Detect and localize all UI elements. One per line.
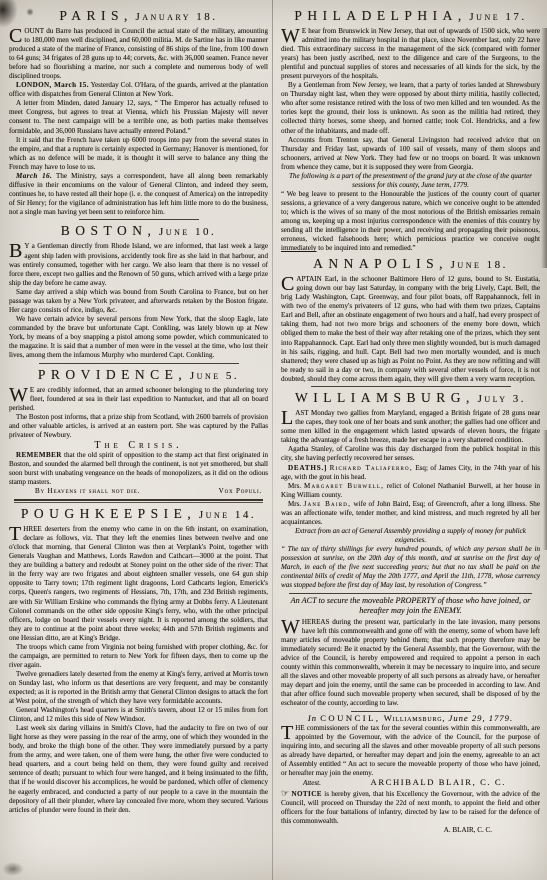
tax-quote: “ The tax of thirty shillings for every …: [281, 545, 540, 590]
dateline-city: BOSTON,: [61, 223, 157, 238]
dateline-date: June 18.: [451, 259, 508, 271]
crisis-motto: By Heavens it shall not die.: [35, 487, 140, 496]
attest-row: Attest.ARCHIBALD BLAIR, C. C.: [281, 778, 540, 788]
paragraph-text: The following is a part of the presentme…: [289, 172, 532, 189]
paragraph-text: OUNT du Barre has produced in Council th…: [9, 27, 268, 80]
death-notice: Mrs. Jane Baird, wife of John Baird, Esq…: [281, 500, 540, 527]
paragraph-text: Y a Gentleman directly from Rhode Island…: [9, 242, 268, 286]
paragraph-text: E hear from Brunswick in New Jersey, tha…: [281, 27, 540, 80]
paragraph-text: Accounts from Trenton say, that General …: [281, 136, 540, 171]
paragraph-text: APTAIN Earl, in the schooner Baltimore H…: [281, 275, 540, 383]
paragraph-text: HREE deserters from the enemy who came i…: [9, 525, 268, 642]
deceased-name: Jane Baird,: [304, 500, 351, 508]
news-paragraph: REMEMBER that the old spirit of oppositi…: [9, 451, 268, 487]
drop-cap: T: [9, 525, 23, 542]
dateline-boston: BOSTON, June 10.: [9, 223, 268, 240]
paragraph-text: Twelve grenadiers lately deserted from t…: [9, 670, 268, 705]
paragraph-lead: REMEMBER: [16, 451, 62, 459]
section-rule: [351, 711, 471, 712]
council-date: June 29, 1779.: [449, 713, 514, 723]
paragraph-text: We have certain advice by several person…: [9, 315, 268, 359]
drop-cap: B: [9, 242, 24, 259]
paragraph-text: E are credibly informed, that an armed s…: [9, 386, 268, 412]
dateline-city: PARIS,: [59, 8, 132, 23]
pointing-hand-icon: ☞: [281, 788, 289, 798]
dateline-city: ANNAPOLIS,: [313, 256, 448, 271]
newspaper-page: PARIS, January 18. COUNT du Barre has pr…: [0, 0, 547, 880]
council-dateline: In COUNCIL, Williamsburg, June 29, 1779.: [281, 714, 540, 723]
news-paragraph: LAST Monday two gallies from Maryland, e…: [281, 409, 540, 445]
paragraph-text: By a Gentleman from New Jersey, we learn…: [281, 81, 540, 134]
dateline-date: June 10.: [159, 226, 216, 238]
paragraph-text: to be inquired into and remedied.”: [318, 244, 415, 252]
news-paragraph: General Washington's head quarters is at…: [9, 706, 268, 724]
grand-jury-intro: The following is a part of the presentme…: [281, 172, 540, 190]
deceased-name: Margaret Burwell,: [304, 482, 384, 490]
dateline-annapolis: ANNAPOLIS, June 18.: [281, 256, 540, 273]
right-column: PHILADELPHIA, June 17. WE hear from Brun…: [281, 5, 540, 876]
notice-paragraph: ☞ NOTICE is hereby given, that his Excel…: [281, 789, 540, 826]
dateline-city: POUGHKEEPSIE,: [21, 506, 196, 521]
dateline-williamsburg: WILLIAMSBURG, July 3.: [281, 390, 540, 407]
dateline-paris: PARIS, January 18.: [9, 8, 268, 25]
section-rule: [79, 219, 199, 220]
news-paragraph: By a Gentleman from New Jersey, we learn…: [281, 81, 540, 135]
drop-cap: C: [281, 275, 296, 292]
act-paragraph: WHEREAS during the present war, particul…: [281, 618, 540, 708]
paragraph-text: HEREAS during the present war, particula…: [281, 618, 540, 707]
paragraph-text: Extract from an act of General Assembly …: [295, 527, 526, 544]
news-paragraph: Accounts from Trenton say, that General …: [281, 136, 540, 172]
news-paragraph: The troops which came from Virginia not …: [9, 643, 268, 670]
paragraph-text: Same day arrived a ship which was bound …: [9, 288, 268, 314]
news-paragraph: March 16. The Ministry, says a correspon…: [9, 172, 268, 217]
dateline-date: January 18.: [136, 11, 218, 23]
drop-cap: W: [281, 27, 302, 44]
news-paragraph: A letter from Minden, dated January 12, …: [9, 99, 268, 135]
dateline-poughkeepsie: POUGHKEEPSIE, June 14.: [9, 506, 268, 523]
news-paragraph: Last week six daring villains in Smith's…: [9, 724, 268, 814]
paragraph-text: The troops which came from Virginia not …: [9, 643, 268, 669]
grand-jury-presentment: “ We beg leave to present to the Honoura…: [281, 190, 540, 253]
crisis-signature: Vox Populi.: [219, 487, 262, 496]
attest-label: Attest.: [303, 779, 321, 788]
paragraph-text: “ We beg leave to present to the Honoura…: [281, 190, 540, 243]
column-divider-rule: [272, 0, 273, 880]
crisis-subhead: The Crisis.: [9, 441, 268, 450]
paragraph-text: HE commissioners of the tax for the seve…: [281, 724, 540, 777]
drop-cap: W: [281, 618, 302, 635]
dateline-date: June 14.: [199, 509, 256, 521]
underlined-word: immediately: [281, 244, 316, 252]
extract-caption: Extract from an act of General Assembly …: [281, 527, 540, 545]
act-title: An ACT to secure the moveable PROPERTY o…: [287, 596, 534, 616]
news-paragraph: CAPTAIN Earl, in the schooner Baltimore …: [281, 275, 540, 384]
notice-signature: A. BLAIR, C. C.: [281, 826, 540, 835]
paragraph-text: It it said that the French have taken up…: [9, 136, 268, 171]
paragraph-lead: LONDON, March 15.: [16, 81, 89, 89]
news-paragraph: WE are credibly informed, that an armed …: [9, 386, 268, 413]
news-paragraph: Agatha Stanley, of Caroline was this day…: [281, 445, 540, 463]
paragraph-text: The Boston post informs, that a prize sh…: [9, 413, 268, 439]
dateline-philadelphia: PHILADELPHIA, June 17.: [281, 8, 540, 25]
death-notice: DEATHS.] Richard Taliaferro, Esq; of Jam…: [281, 464, 540, 482]
dateline-providence: PROVIDENCE, June 5.: [9, 367, 268, 384]
honorific: Mrs.: [288, 482, 301, 490]
paragraph-text: “ The tax of thirty shillings for every …: [281, 545, 540, 589]
deceased-name: Richard Taliaferro,: [330, 464, 413, 472]
section-rule: [39, 363, 239, 364]
left-column: PARIS, January 18. COUNT du Barre has pr…: [9, 5, 268, 876]
section-rule: [289, 593, 532, 594]
deaths-label: DEATHS.]: [288, 464, 327, 472]
paragraph-text: Agatha Stanley, of Caroline was this day…: [281, 445, 540, 462]
paragraph-text: Last week six daring villains in Smith's…: [9, 724, 268, 813]
news-paragraph: LONDON, March 15. Yesterday Col. O'Hara,…: [9, 81, 268, 99]
news-paragraph: WE hear from Brunswick in New Jersey, th…: [281, 27, 540, 81]
paragraph-text: A letter from Minden, dated January 12, …: [9, 99, 268, 134]
dateline-city: PROVIDENCE,: [38, 367, 187, 382]
drop-cap: W: [9, 386, 30, 403]
dateline-city: PHILADELPHIA,: [294, 8, 466, 23]
council-word: COUNCIL,: [320, 713, 380, 723]
notice-lead: NOTICE: [291, 790, 321, 798]
news-paragraph: THREE deserters from the enemy who came …: [9, 525, 268, 643]
paragraph-text: General Washington's head quarters is at…: [9, 706, 268, 723]
drop-cap: T: [281, 724, 295, 741]
news-paragraph: The Boston post informs, that a prize sh…: [9, 413, 268, 440]
paragraph-text: AST Monday two gallies from Maryland, en…: [281, 409, 540, 444]
council-place: Williamsburg,: [384, 713, 446, 723]
news-paragraph: It it said that the French have taken up…: [9, 136, 268, 172]
drop-cap: C: [9, 27, 24, 44]
news-paragraph: Twelve grenadiers lately deserted from t…: [9, 670, 268, 706]
news-paragraph: We have certain advice by several person…: [9, 315, 268, 360]
drop-cap: L: [281, 409, 295, 426]
council-paragraph: THE commissioners of the tax for the sev…: [281, 724, 540, 778]
news-paragraph: COUNT du Barre has produced in Council t…: [9, 27, 268, 81]
dateline-date: June 17.: [469, 11, 526, 23]
news-paragraph: BY a Gentleman directly from Rhode Islan…: [9, 242, 268, 287]
dateline-date: June 5.: [190, 370, 239, 382]
honorific: Mrs.: [288, 500, 301, 508]
column-layout: PARIS, January 18. COUNT du Barre has pr…: [0, 0, 547, 880]
section-rule: [311, 386, 511, 387]
dateline-date: July 3.: [478, 393, 526, 405]
death-notice: Mrs. Margaret Burwell, relict of Colonel…: [281, 482, 540, 500]
council-in: In: [308, 713, 317, 723]
crisis-signature-row: By Heavens it shall not die.Vox Populi.: [9, 487, 268, 496]
news-paragraph: Same day arrived a ship which was bound …: [9, 288, 268, 315]
dateline-city: WILLIAMSBURG,: [295, 390, 475, 405]
paragraph-lead: March 16.: [16, 172, 52, 180]
double-section-rule: [14, 499, 263, 504]
clerk-signature: ARCHIBALD BLAIR, C. C.: [371, 778, 506, 787]
